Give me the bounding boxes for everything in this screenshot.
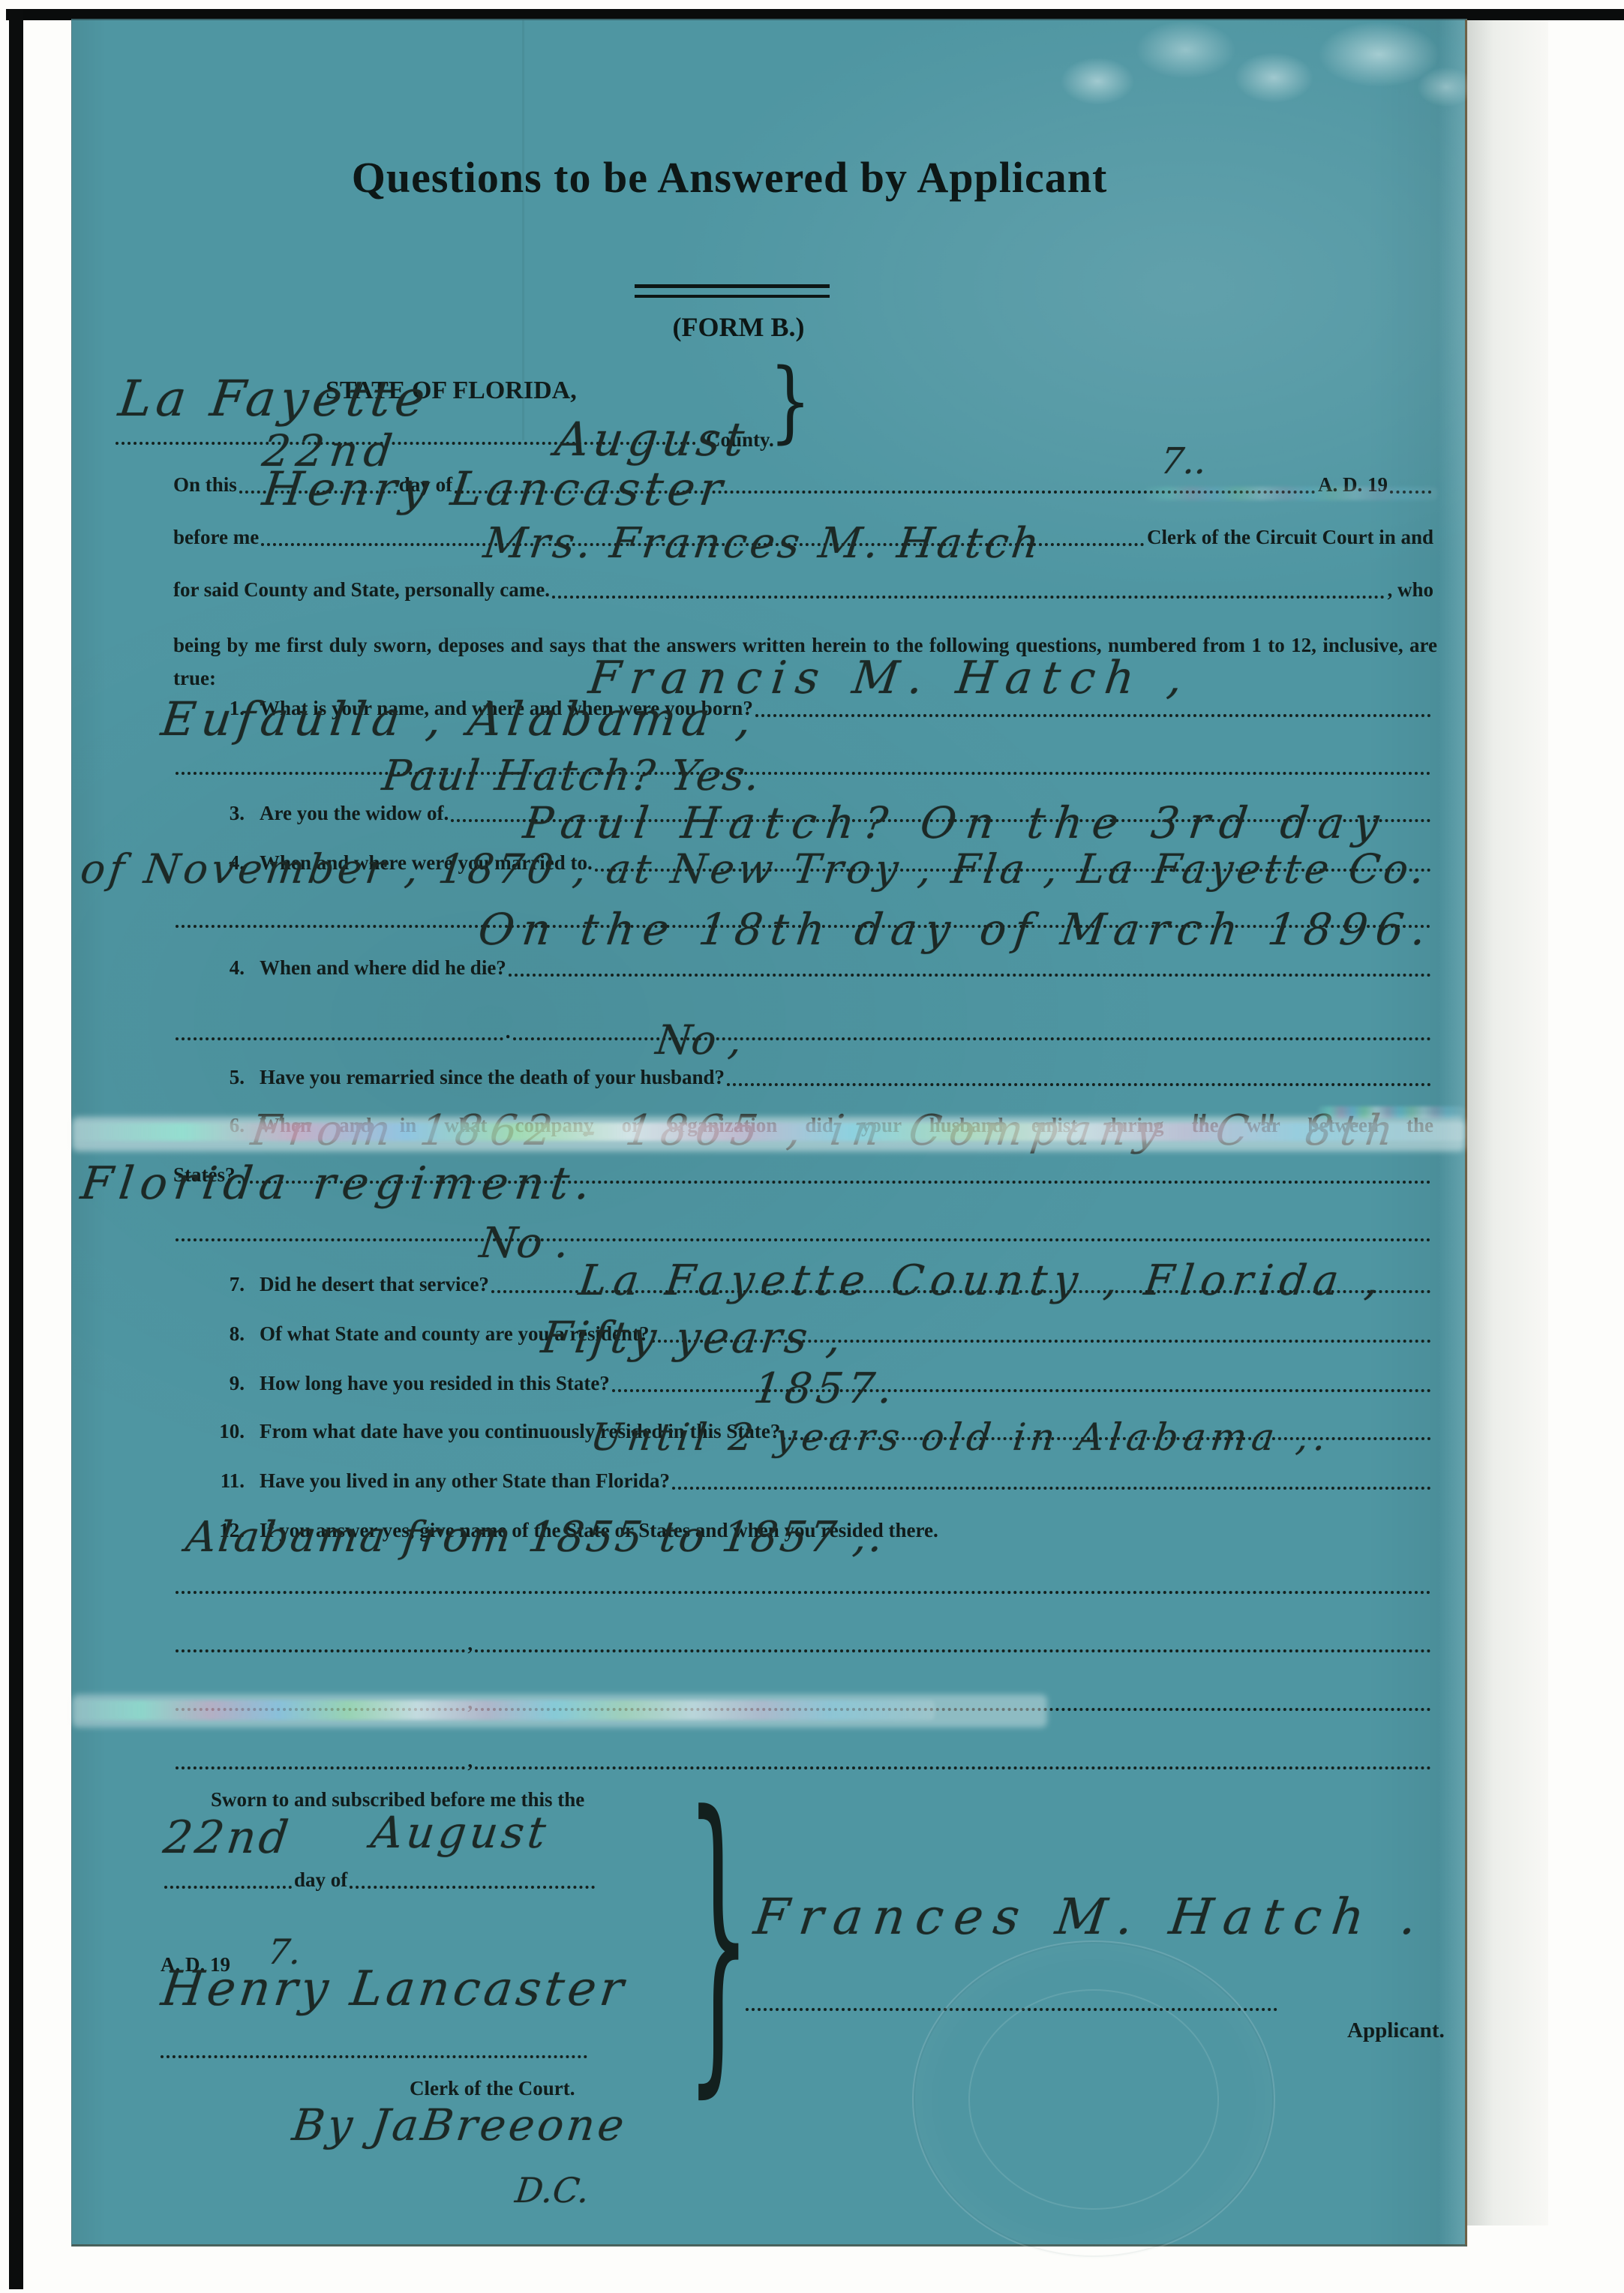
backing-sheet-edge	[1464, 20, 1548, 2225]
rainbow-scan-artifact	[72, 1700, 935, 1720]
question-4-die-answer-handwriting: On the 18th day of March 1896.	[476, 904, 1437, 955]
county-brace: }	[769, 356, 811, 445]
question-4-married-answer2-handwriting: of November , 1870 , at New Troy , Fla ,…	[78, 845, 1430, 893]
year-handwriting: 7..	[1158, 440, 1209, 482]
rainbow-scan-artifact	[1145, 487, 1437, 500]
rainbow-scan-artifact	[72, 1123, 1465, 1141]
question-text: How long have you resided in this State?	[260, 1370, 610, 1397]
question-8-answer-handwriting: La Fayette County , Florida ,	[576, 1256, 1388, 1305]
footer-date-line: day of	[162, 1867, 597, 1893]
question-text: Did he desert that service?	[260, 1271, 489, 1298]
question-6-answer2-handwriting: Florida regiment.	[78, 1157, 600, 1210]
dotted-line	[176, 1649, 465, 1652]
question-11-answer-handwriting: Until 2 years old in Alabama ,.	[588, 1415, 1334, 1459]
empty-dotted-line: ,	[173, 1744, 1433, 1774]
month-handwriting: August	[552, 412, 752, 467]
dotted-line	[176, 1037, 503, 1040]
dotted-line	[672, 1487, 1431, 1490]
dotted-line	[164, 1886, 292, 1889]
footer-brace: }	[686, 1775, 752, 2098]
dotted-line	[176, 1591, 1431, 1594]
question-number: 7.	[173, 1271, 245, 1298]
question-number: 11.	[173, 1468, 245, 1494]
water-stain	[1047, 17, 1467, 134]
scanner-left-border	[9, 9, 23, 2289]
deputy-by-handwriting: By JaBreeone	[290, 2099, 630, 2150]
empty-dotted-line: ,	[173, 1627, 1433, 1657]
dotted-line	[552, 596, 1385, 599]
question-7-answer-handwriting: No .	[477, 1219, 572, 1268]
question-1-answer2-handwriting: Eufaulla , Alabama ,	[158, 692, 761, 746]
rainbow-scan-artifact	[1317, 1106, 1465, 1118]
question-text: Have you remarried since the death of yo…	[260, 1064, 725, 1091]
footer-day-handwriting: 22nd	[161, 1811, 294, 1864]
question-4-married-answer-handwriting: Paul Hatch? On the 3rd day	[521, 797, 1391, 848]
question-12-answer-handwriting: Alabama from 1855 to 1857 ,.	[183, 1513, 888, 1562]
question-6-answer-line2	[173, 1216, 1433, 1246]
dotted-line	[176, 772, 1431, 775]
question-text: Are you the widow of.	[260, 800, 449, 827]
question-number: 8.	[173, 1321, 245, 1347]
scanned-document: Questions to be Answered by Applicant (F…	[0, 0, 1624, 2293]
question-number: 9.	[173, 1370, 245, 1397]
form-label: (FORM B.)	[42, 313, 1435, 343]
dotted-line	[161, 2055, 587, 2058]
title-divider	[635, 284, 830, 298]
form-page: Questions to be Answered by Applicant (F…	[71, 19, 1467, 2246]
question-number: 10.	[173, 1418, 245, 1445]
question-number: 4.	[173, 955, 245, 981]
embossed-seal-inner-ring	[968, 1989, 1219, 2210]
dotted-line	[513, 1037, 1431, 1040]
dotted-line	[612, 1389, 1431, 1392]
question-1-answer-line2	[173, 749, 1433, 779]
personally-came-line: for said County and State, personally ca…	[173, 577, 1433, 603]
dotted-line	[176, 1766, 465, 1769]
dotted-line	[727, 1083, 1431, 1086]
question-4-die-row: 4. When and where did he die?	[173, 955, 1433, 981]
dotted-line	[475, 1766, 1431, 1769]
question-number: 3.	[173, 800, 245, 827]
deputy-dc-handwriting: D.C.	[513, 2170, 592, 2210]
applicant-name-handwriting: Mrs. Frances M. Hatch	[481, 519, 1045, 568]
page-title: Questions to be Answered by Applicant	[33, 154, 1426, 202]
dotted-line	[176, 1238, 1431, 1241]
question-5-row: 5. Have you remarried since the death of…	[173, 1064, 1433, 1091]
clerk-name-handwriting: Henry Lancaster	[260, 461, 730, 516]
question-11-row: 11. Have you lived in any other State th…	[173, 1468, 1433, 1494]
county-handwriting: La Fayette	[116, 370, 433, 428]
clerk-signature-line	[158, 2034, 590, 2063]
question-text: When and where did he die?	[260, 955, 506, 981]
clerk-signature-handwriting: Henry Lancaster	[158, 1961, 630, 2017]
question-10-answer-handwriting: 1857.	[751, 1364, 899, 1413]
footer-month-handwriting: August	[368, 1807, 552, 1858]
clerk-of-court-label: Clerk of the Court.	[410, 2075, 575, 2102]
question-5-answer-handwriting: No ,	[653, 1016, 745, 1064]
question-number: 5.	[173, 1064, 245, 1091]
question-3-answer-handwriting: Paul Hatch? Yes.	[380, 752, 764, 800]
dotted-line	[350, 1886, 595, 1889]
empty-dotted-line: .	[173, 1015, 1433, 1045]
question-12-answer-line	[173, 1568, 1433, 1598]
applicant-label: Applicant.	[1347, 2017, 1445, 2045]
applicant-signature-handwriting: Frances M. Hatch .	[751, 1888, 1430, 1946]
dotted-line	[509, 974, 1431, 977]
question-text: Have you lived in any other State than F…	[260, 1468, 670, 1494]
dotted-line	[475, 1649, 1431, 1652]
dotted-line	[755, 714, 1431, 717]
question-9-answer-handwriting: Fifty years ,	[539, 1312, 847, 1363]
